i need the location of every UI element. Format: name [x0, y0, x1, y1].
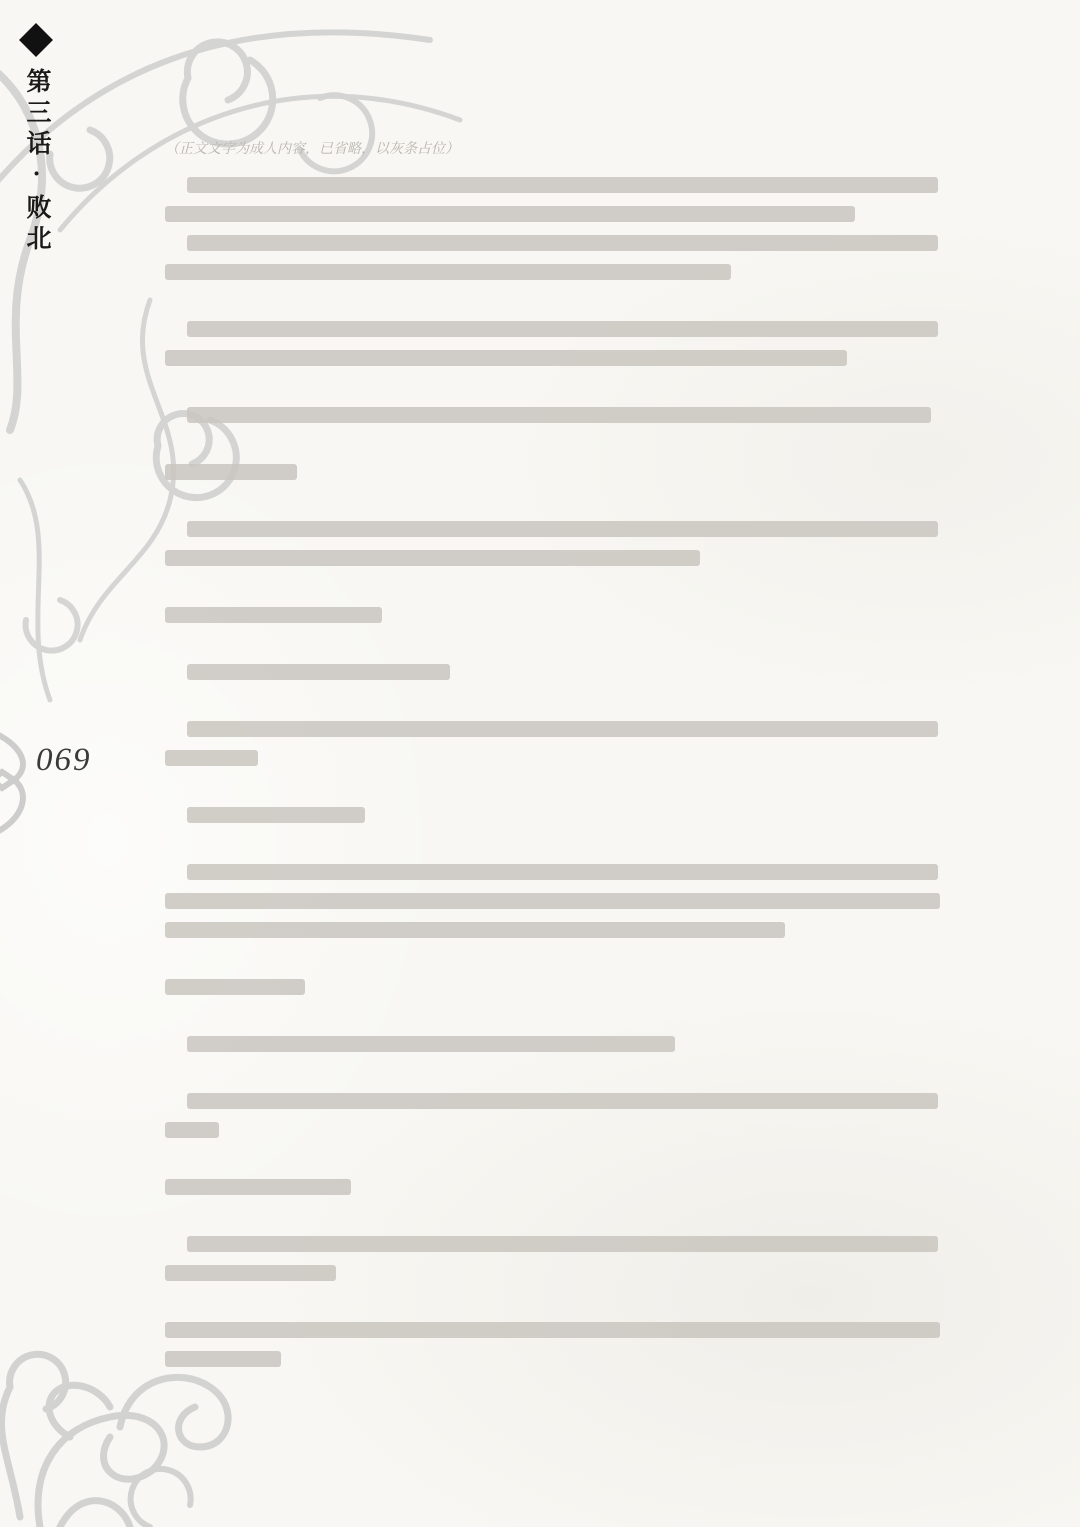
- redacted-text-line: [165, 314, 940, 343]
- redacted-text-bar: [187, 1236, 939, 1252]
- redacted-text-bar: [165, 979, 305, 995]
- redacted-paragraph: [165, 857, 940, 944]
- redacted-text-bar: [165, 464, 297, 480]
- redacted-text-line: [165, 657, 940, 686]
- body-text: [165, 170, 940, 1401]
- redacted-quote-paragraph: [165, 972, 940, 1001]
- redacted-text-line: [165, 400, 940, 429]
- redacted-paragraph: [165, 314, 940, 372]
- redacted-text-bar: [165, 1265, 336, 1281]
- redacted-text-bar: [165, 893, 940, 909]
- redacted-text-bar: [165, 750, 258, 766]
- redacted-text-line: [165, 886, 940, 915]
- redacted-text-bar: [187, 321, 939, 337]
- redacted-text-bar: [187, 407, 931, 423]
- redacted-text-line: [165, 1029, 940, 1058]
- redacted-text-line: [165, 743, 940, 772]
- fleur-ornament-icon: [0, 728, 40, 838]
- redacted-paragraph: [165, 1029, 940, 1058]
- redacted-text-line: [165, 199, 940, 228]
- redacted-quote-paragraph: [165, 1172, 940, 1201]
- redacted-text-line: [165, 514, 940, 543]
- redacted-text-line: [165, 1172, 940, 1201]
- redacted-text-line: [165, 1115, 940, 1144]
- redacted-text-bar: [165, 350, 847, 366]
- chapter-sidebar: 第三话·败北: [14, 22, 58, 256]
- redacted-text-bar: [187, 177, 939, 193]
- redacted-text-bar: [187, 1036, 675, 1052]
- redacted-text-line: [165, 343, 940, 372]
- page-number: 069: [36, 742, 92, 779]
- redacted-text-line: [165, 1229, 940, 1258]
- redacted-paragraph: [165, 1229, 940, 1287]
- redacted-text-bar: [165, 550, 700, 566]
- diamond-icon: [19, 23, 53, 57]
- redacted-paragraph: [165, 228, 940, 286]
- redacted-text-bar: [187, 721, 939, 737]
- redacted-paragraph: [165, 714, 940, 772]
- redacted-text-bar: [187, 864, 939, 880]
- redacted-quote-paragraph: [165, 1315, 940, 1373]
- redacted-text-bar: [165, 1122, 219, 1138]
- redacted-paragraph: [165, 1086, 940, 1144]
- redacted-text-line: [165, 170, 940, 199]
- redacted-text-bar: [187, 664, 451, 680]
- redacted-text-bar: [165, 1351, 281, 1367]
- redacted-text-line: [165, 1344, 940, 1373]
- redacted-text-line: [165, 972, 940, 1001]
- redacted-text-line: [165, 714, 940, 743]
- redacted-text-bar: [165, 922, 785, 938]
- redacted-text-line: [165, 1086, 940, 1115]
- redacted-paragraph: [165, 514, 940, 572]
- redacted-paragraph: [165, 657, 940, 686]
- redacted-text-bar: [187, 521, 939, 537]
- redacted-text-bar: [165, 1322, 940, 1338]
- redacted-quote-paragraph: [165, 457, 940, 486]
- redacted-text-line: [165, 1258, 940, 1287]
- redacted-text-line: [165, 257, 940, 286]
- redacted-text-line: [165, 800, 940, 829]
- redacted-paragraph: [165, 170, 940, 228]
- redacted-text-line: [165, 228, 940, 257]
- redacted-text-line: [165, 543, 940, 572]
- redaction-notice: （正文文字为成人内容，已省略，以灰条占位）: [165, 138, 940, 158]
- novel-page: { "page": { "number": "069" }, "chapter"…: [0, 0, 1080, 1527]
- redacted-text-line: [165, 915, 940, 944]
- redacted-text-line: [165, 600, 940, 629]
- redacted-text-bar: [187, 235, 939, 251]
- redacted-text-bar: [165, 1179, 351, 1195]
- chapter-title: 第三话·败北: [18, 68, 54, 256]
- redacted-text-line: [165, 1315, 940, 1344]
- redacted-text-bar: [187, 807, 365, 823]
- redacted-text-bar: [165, 206, 855, 222]
- redacted-text-line: [165, 457, 940, 486]
- redacted-quote-paragraph: [165, 600, 940, 629]
- redacted-text-line: [165, 857, 940, 886]
- redacted-paragraph: [165, 400, 940, 429]
- redacted-paragraph: [165, 800, 940, 829]
- redacted-text-bar: [187, 1093, 939, 1109]
- redacted-text-bar: [165, 264, 731, 280]
- redacted-text-bar: [165, 607, 382, 623]
